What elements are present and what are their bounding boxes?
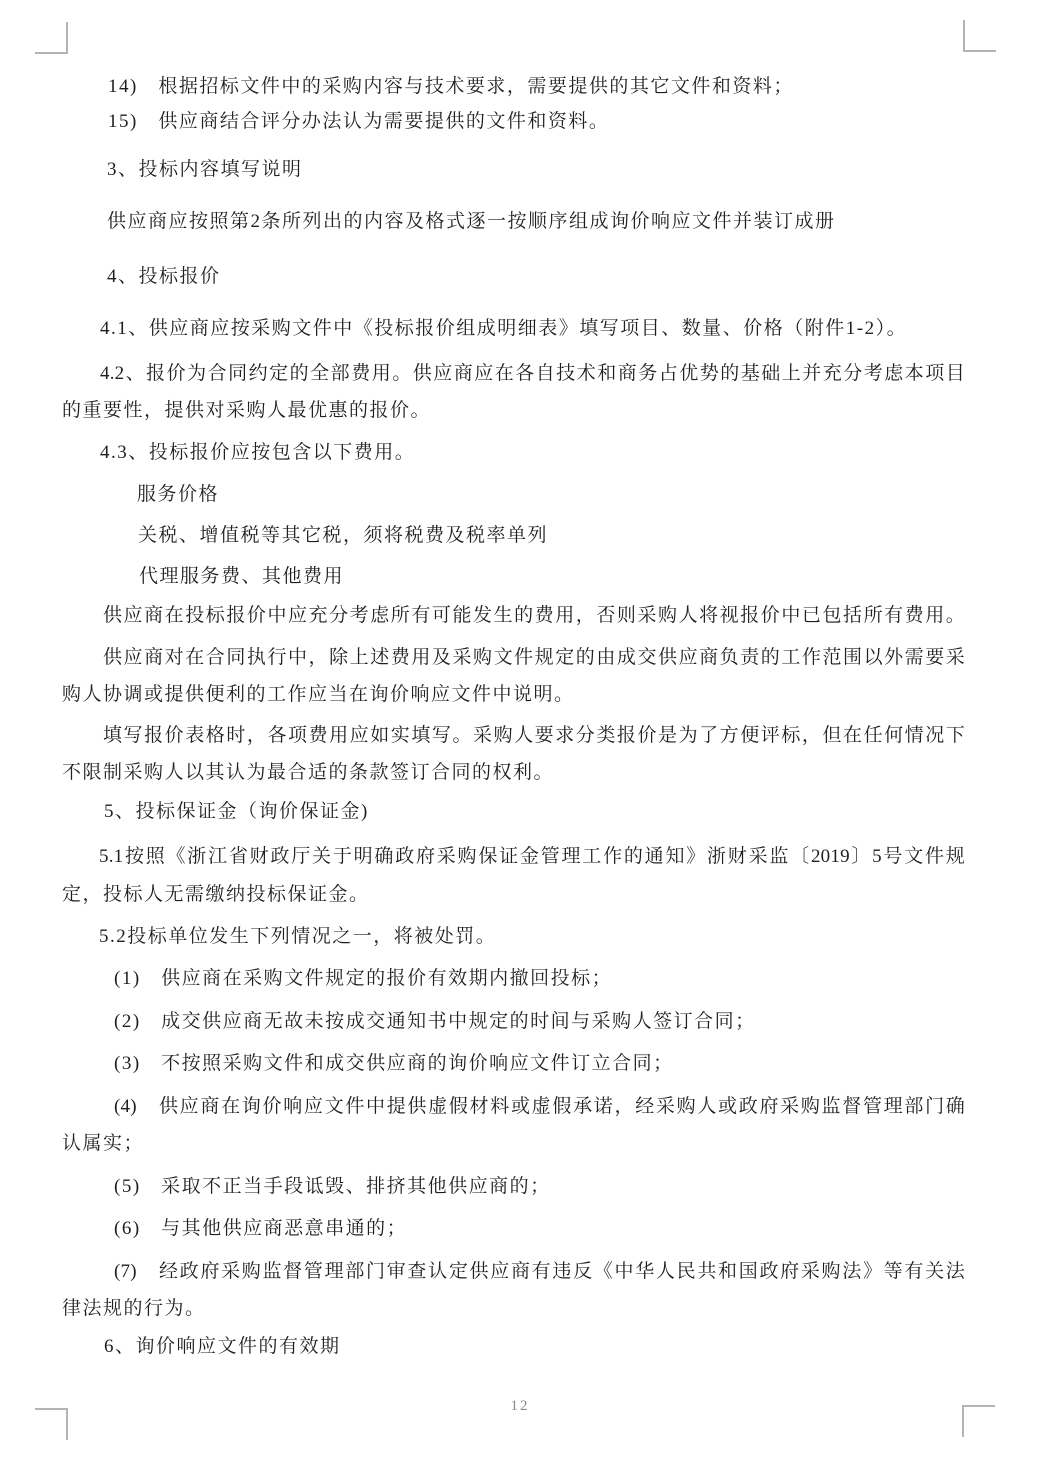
fee-item-service-price: 服务价格	[137, 483, 219, 507]
penalty-item-3: (3) 不按照采购文件和成交供应商的询价响应文件订立合同；	[114, 1052, 674, 1076]
para-contract-execution-line-1: 供应商对在合同执行中，除上述费用及采购文件规定的由成交供应商负责的工作范围以外需…	[103, 646, 965, 670]
para-5-1-line-2: 定，投标人无需缴纳投标保证金。	[62, 883, 370, 907]
para-binding-instruction: 供应商应按照第2条所列出的内容及格式逐一按顺序组成询价响应文件并装订成册	[107, 210, 836, 234]
section-heading-3: 3、投标内容填写说明	[107, 158, 303, 182]
para-5-1-line-1: 5.1按照《浙江省财政厅关于明确政府采购保证金管理工作的通知》浙财采监〔2019…	[99, 845, 965, 869]
document-page: 14) 根据招标文件中的采购内容与技术要求，需要提供的其它文件和资料； 15) …	[0, 0, 1040, 1458]
page-number: 12	[0, 1398, 1040, 1415]
para-fill-price-table-line-1: 填写报价表格时，各项费用应如实填写。采购人要求分类报价是为了方便评标，但在任何情…	[103, 724, 965, 748]
fee-item-taxes: 关税、增值税等其它税，须将税费及税率单列	[138, 524, 548, 548]
para-4-2-line-2: 的重要性，提供对采购人最优惠的报价。	[62, 399, 431, 423]
penalty-item-6: (6) 与其他供应商恶意串通的；	[114, 1217, 407, 1241]
penalty-item-7-line-1: (7) 经政府采购监督管理部门审查认定供应商有违反《中华人民共和国政府采购法》等…	[114, 1260, 965, 1284]
penalty-item-7-line-2: 律法规的行为。	[62, 1297, 206, 1321]
para-fill-price-table-line-2: 不限制采购人以其认为最合适的条款签订合同的权利。	[62, 761, 554, 785]
para-all-costs-included: 供应商在投标报价中应充分考虑所有可能发生的费用，否则采购人将视报价中已包括所有费…	[103, 604, 965, 628]
fee-item-agency-fee: 代理服务费、其他费用	[139, 565, 344, 589]
para-4-3: 4.3、投标报价应按包含以下费用。	[100, 441, 415, 465]
para-5-2: 5.2投标单位发生下列情况之一，将被处罚。	[99, 925, 496, 949]
crop-mark-top-left	[35, 22, 68, 54]
penalty-item-1: (1) 供应商在采购文件规定的报价有效期内撤回投标；	[114, 967, 612, 991]
penalty-item-5: (5) 采取不正当手段诋毁、排挤其他供应商的；	[114, 1175, 551, 1199]
section-heading-4: 4、投标报价	[107, 265, 221, 289]
para-contract-execution-line-2: 购人协调或提供便利的工作应当在询价响应文件中说明。	[62, 683, 575, 707]
penalty-item-4-line-1: (4) 供应商在询价响应文件中提供虚假材料或虚假承诺，经采购人或政府采购监督管理…	[114, 1095, 965, 1119]
section-heading-5: 5、投标保证金（询价保证金)	[104, 800, 369, 824]
list-item-14: 14) 根据招标文件中的采购内容与技术要求，需要提供的其它文件和资料；	[108, 75, 794, 99]
section-heading-6: 6、询价响应文件的有效期	[104, 1335, 341, 1359]
list-item-15: 15) 供应商结合评分办法认为需要提供的文件和资料。	[108, 110, 609, 134]
para-4-1: 4.1、供应商应按采购文件中《投标报价组成明细表》填写项目、数量、价格（附件1-…	[100, 317, 907, 341]
penalty-item-2: (2) 成交供应商无故未按成交通知书中规定的时间与采购人签订合同；	[114, 1010, 756, 1034]
crop-mark-top-right	[963, 20, 996, 52]
penalty-item-4-line-2: 认属实；	[62, 1132, 144, 1156]
para-4-2-line-1: 4.2、报价为合同约定的全部费用。供应商应在各自技术和商务占优势的基础上并充分考…	[100, 362, 965, 386]
